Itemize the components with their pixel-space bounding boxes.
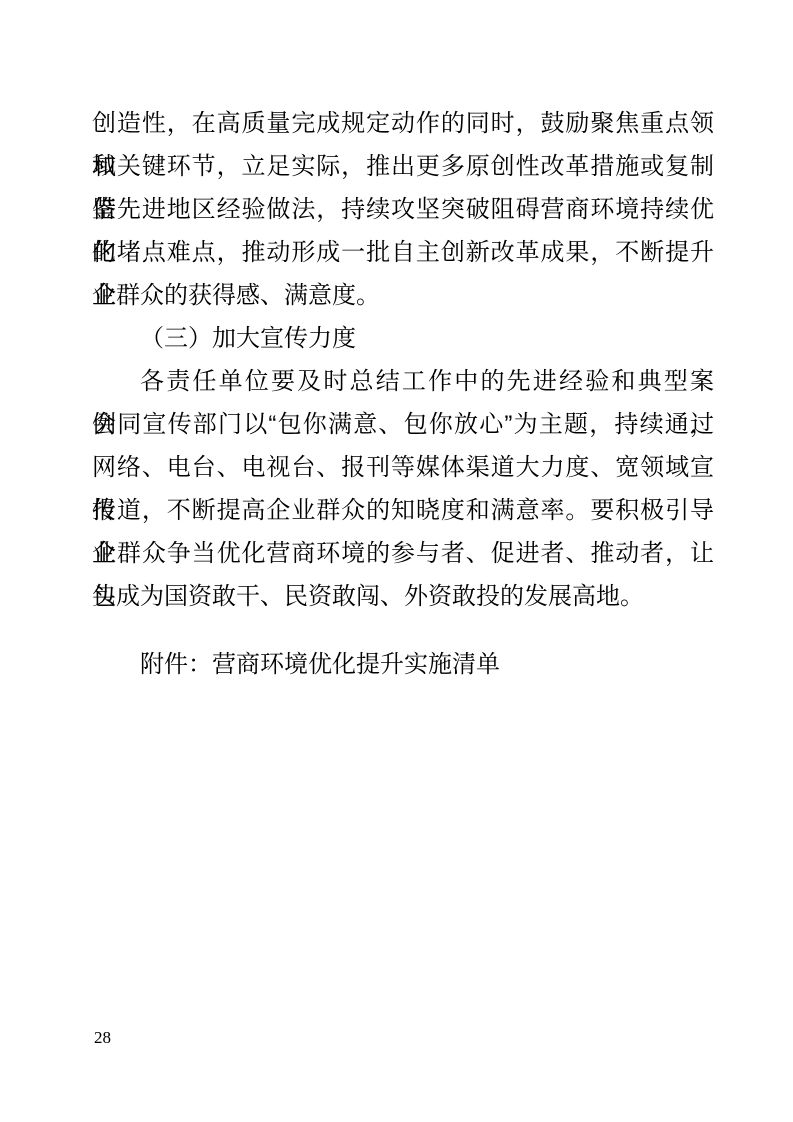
para2-line-6: 头成为国资敢干、民资敢闯、外资敢投的发展高地。 [92,575,714,618]
para2-line-5: 业群众争当优化营商环境的参与者、促进者、推动者，让包 [92,532,714,575]
para1-line-5: 业群众的获得感、满意度。 [92,274,714,317]
page-number: 28 [94,1028,111,1048]
para2-line-1: 各责任单位要及时总结工作中的先进经验和典型案例， [92,360,714,403]
para1-line-1: 创造性，在高质量完成规定动作的同时，鼓励聚焦重点领域 [92,102,714,145]
para2-line-3: 网络、电台、电视台、报刊等媒体渠道大力度、宽领域宣传 [92,446,714,489]
document-page: 创造性，在高质量完成规定动作的同时，鼓励聚焦重点领域 和关键环节，立足实际，推出… [0,0,793,1122]
para2-line-4: 报道，不断提高企业群众的知晓度和满意率。要积极引导企 [92,489,714,532]
para1-line-2: 和关键环节，立足实际，推出更多原创性改革措施或复制借 [92,145,714,188]
document-body: 创造性，在高质量完成规定动作的同时，鼓励聚焦重点领域 和关键环节，立足实际，推出… [92,102,714,686]
para1-line-3: 鉴先进地区经验做法，持续攻坚突破阻碍营商环境持续优化 [92,188,714,231]
section-heading: （三）加大宣传力度 [92,317,714,360]
para2-line-2: 会同宣传部门以“包你满意、包你放心”为主题，持续通过 [92,403,714,446]
para1-line-4: 的堵点难点，推动形成一批自主创新改革成果，不断提升企 [92,231,714,274]
attachment-note: 附件：营商环境优化提升实施清单 [92,643,714,686]
